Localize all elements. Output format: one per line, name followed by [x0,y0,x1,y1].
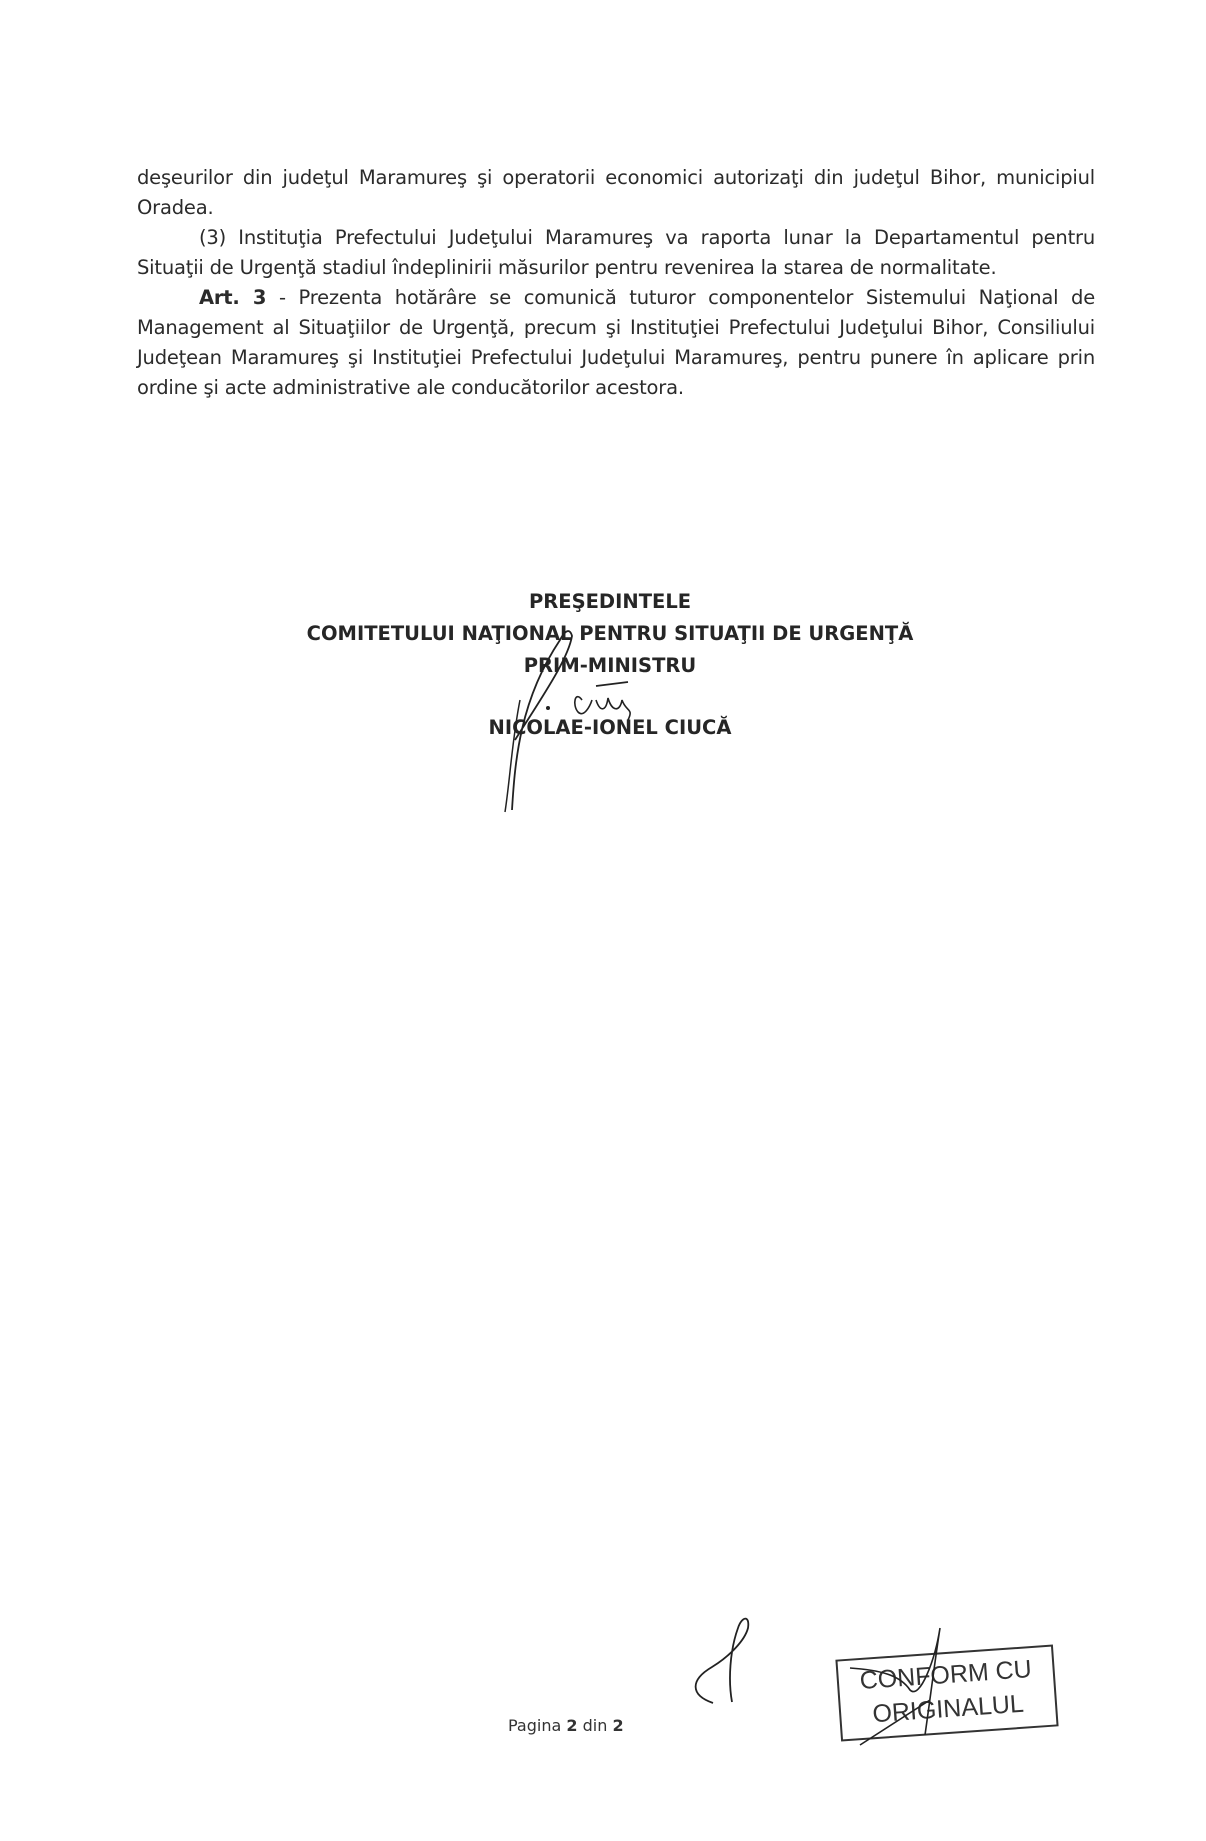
signatory-title-president: PREŞEDINTELE [230,586,990,618]
signatory-name: NICOLAE-IONEL CIUCĂ [230,712,990,744]
article-3-text: - Prezenta hotărâre se comunică tuturor … [137,286,1095,399]
signatory-committee: COMITETULUI NAŢIONAL PENTRU SITUAŢII DE … [230,618,990,650]
signatory-role: PRIM-MINISTRU [230,650,990,682]
signature-block: PREŞEDINTELE COMITETULUI NAŢIONAL PENTRU… [230,586,990,744]
continuation-paragraph: deşeurilor din judeţul Maramureş şi oper… [137,163,1095,223]
article-3-label: Art. 3 [199,286,266,309]
article-3: Art. 3 - Prezenta hotărâre se comunică t… [137,283,1095,403]
page-number: Pagina 2 din 2 [508,1716,624,1735]
document-page: deşeurilor din judeţul Maramureş şi oper… [0,0,1206,1841]
conform-cu-originalul-stamp: CONFORM CU ORIGINALUL [835,1644,1058,1741]
document-body: deşeurilor din judeţul Maramureş şi oper… [137,163,1095,403]
paragraph-3: (3) Instituţia Prefectului Judeţului Mar… [137,223,1095,283]
